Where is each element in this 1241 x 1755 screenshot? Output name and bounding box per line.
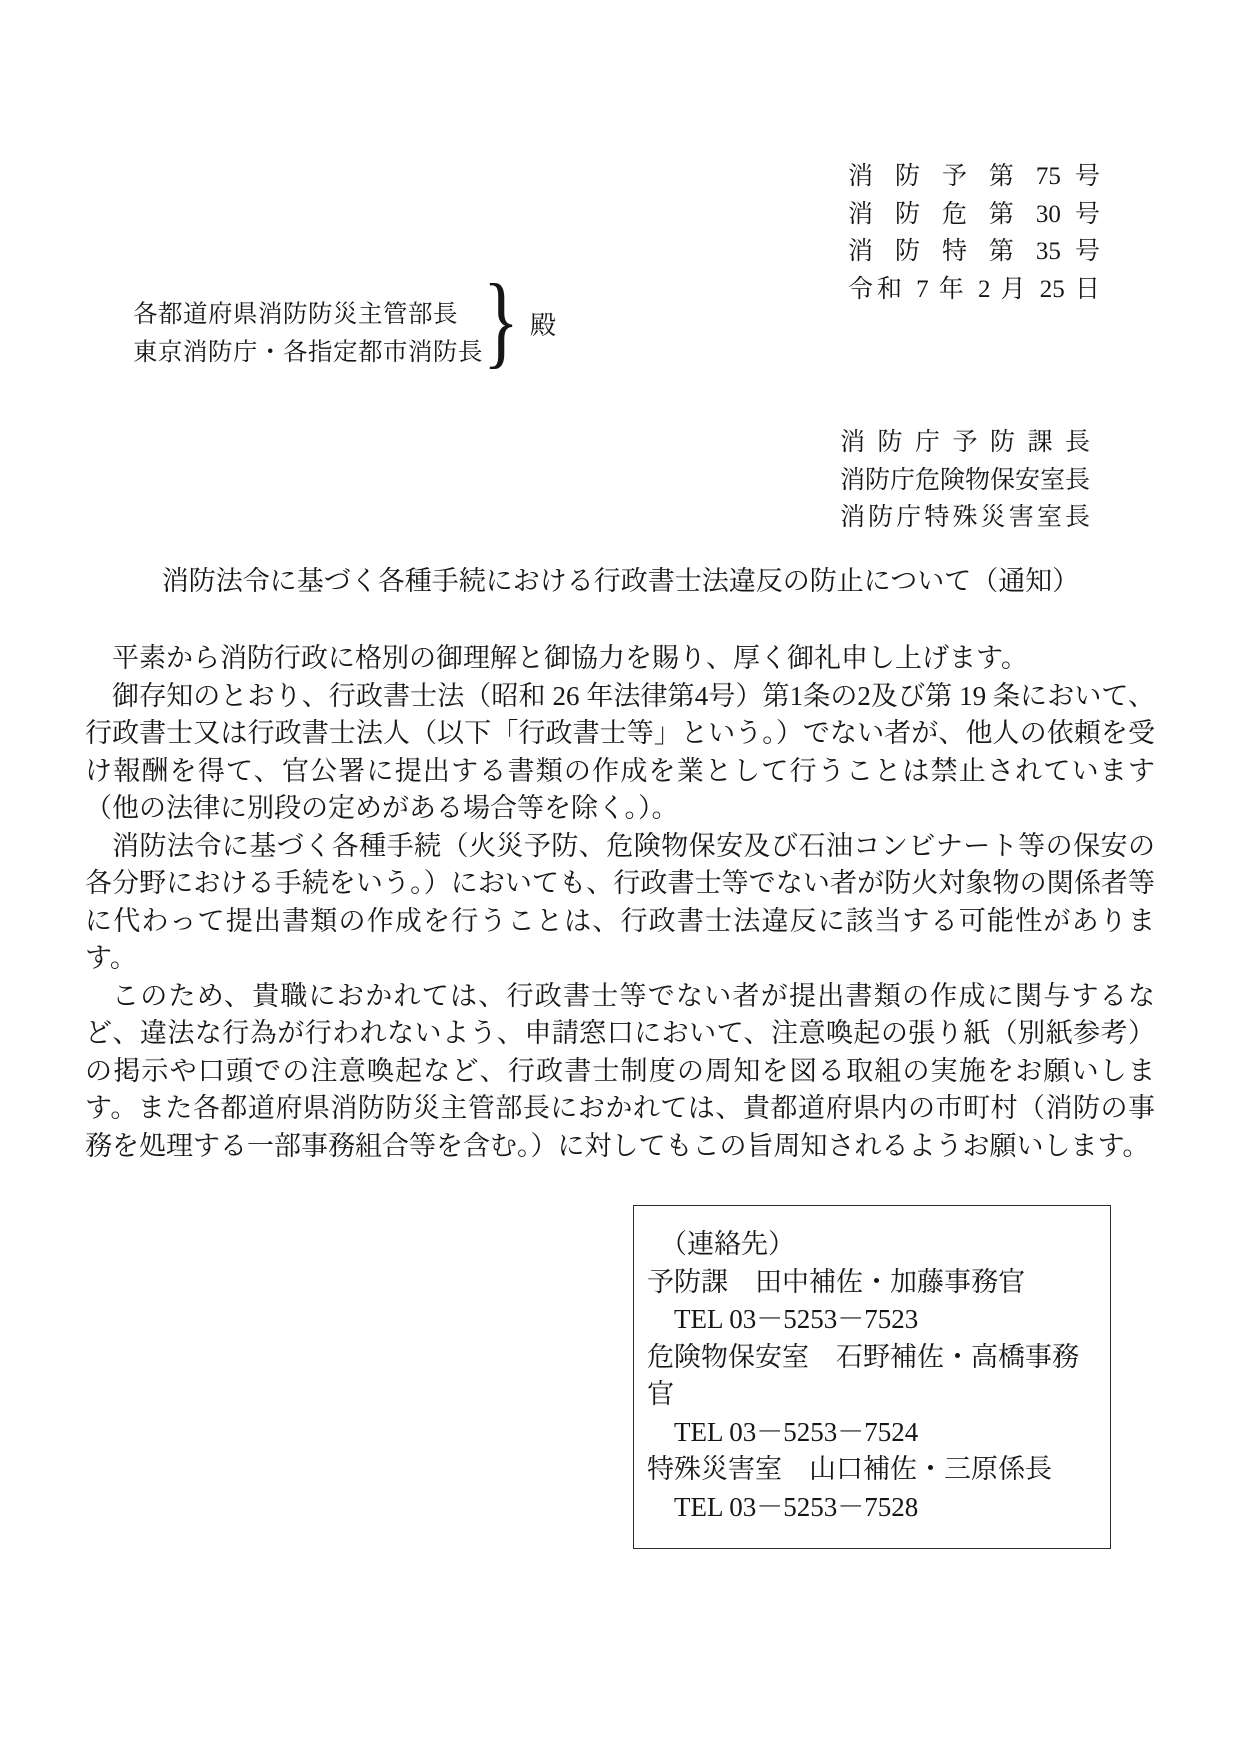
addressee-line: 東京消防庁・各指定都市消防長 bbox=[133, 334, 483, 372]
doc-number-line: 消 防 特 第 35 号 bbox=[848, 233, 1100, 271]
contact-dept: 特殊災害室 山口補佐・三原係長 bbox=[647, 1451, 1100, 1489]
sender-line: 消防庁予防課長 bbox=[840, 424, 1090, 462]
body-paragraph: 消防法令に基づく各種手続（火災予防、危険物保安及び石油コンビナート等の保安の各分… bbox=[85, 828, 1155, 978]
contact-box: （連絡先） 予防課 田中補佐・加藤事務官 TEL 03－5253－7523 危険… bbox=[633, 1205, 1111, 1549]
doc-date: 令和 7 年 2 月 25 日 bbox=[848, 271, 1100, 309]
document-body: 平素から消防行政に格別の御理解と御協力を賜り、厚く御礼申し上げます。御存知のとお… bbox=[85, 640, 1155, 1165]
body-paragraph: 平素から消防行政に格別の御理解と御協力を賜り、厚く御礼申し上げます。 bbox=[85, 640, 1155, 678]
contact-tel: TEL 03－5253－7524 bbox=[647, 1414, 1100, 1452]
sender-line: 消防庁特殊災害室長 bbox=[840, 499, 1090, 537]
sender-block: 消防庁予防課長消防庁危険物保安室長消防庁特殊災害室長 bbox=[840, 424, 1090, 537]
contact-dept: 予防課 田中補佐・加藤事務官 bbox=[647, 1264, 1100, 1302]
body-paragraph: 御存知のとおり、行政書士法（昭和 26 年法律第4号）第1条の2及び第 19 条… bbox=[85, 678, 1155, 828]
document-page: 消 防 予 第 75 号消 防 危 第 30 号消 防 特 第 35 号 令和 … bbox=[0, 0, 1241, 1755]
contact-tel: TEL 03－5253－7523 bbox=[647, 1301, 1100, 1339]
document-title: 消防法令に基づく各種手続における行政書士法違反の防止について（通知） bbox=[0, 563, 1241, 601]
doc-number-line: 消 防 危 第 30 号 bbox=[848, 196, 1100, 234]
contact-entry: 予防課 田中補佐・加藤事務官 TEL 03－5253－7523 bbox=[647, 1264, 1100, 1339]
addressee-brace: } bbox=[483, 281, 519, 365]
contact-dept: 危険物保安室 石野補佐・高橋事務官 bbox=[647, 1339, 1100, 1414]
addressee-line: 各都道府県消防防災主管部長 bbox=[133, 296, 483, 334]
doc-number-line: 消 防 予 第 75 号 bbox=[848, 158, 1100, 196]
contact-entries: 予防課 田中補佐・加藤事務官 TEL 03－5253－7523 危険物保安室 石… bbox=[647, 1264, 1100, 1527]
contact-tel: TEL 03－5253－7528 bbox=[647, 1489, 1100, 1527]
sender-line: 消防庁危険物保安室長 bbox=[840, 462, 1090, 500]
contact-label: （連絡先） bbox=[647, 1226, 1100, 1264]
doc-date-block: 令和 7 年 2 月 25 日 bbox=[848, 271, 1100, 309]
contact-entry: 危険物保安室 石野補佐・高橋事務官 TEL 03－5253－7524 bbox=[647, 1339, 1100, 1452]
doc-number-block: 消 防 予 第 75 号消 防 危 第 30 号消 防 特 第 35 号 bbox=[848, 158, 1100, 271]
contact-entry: 特殊災害室 山口補佐・三原係長 TEL 03－5253－7528 bbox=[647, 1451, 1100, 1526]
addressee-block: 各都道府県消防防災主管部長東京消防庁・各指定都市消防長 bbox=[133, 296, 483, 371]
body-paragraph: このため、貴職におかれては、行政書士等でない者が提出書類の作成に関与するなど、違… bbox=[85, 978, 1155, 1166]
honorific-label: 殿 bbox=[530, 313, 556, 339]
